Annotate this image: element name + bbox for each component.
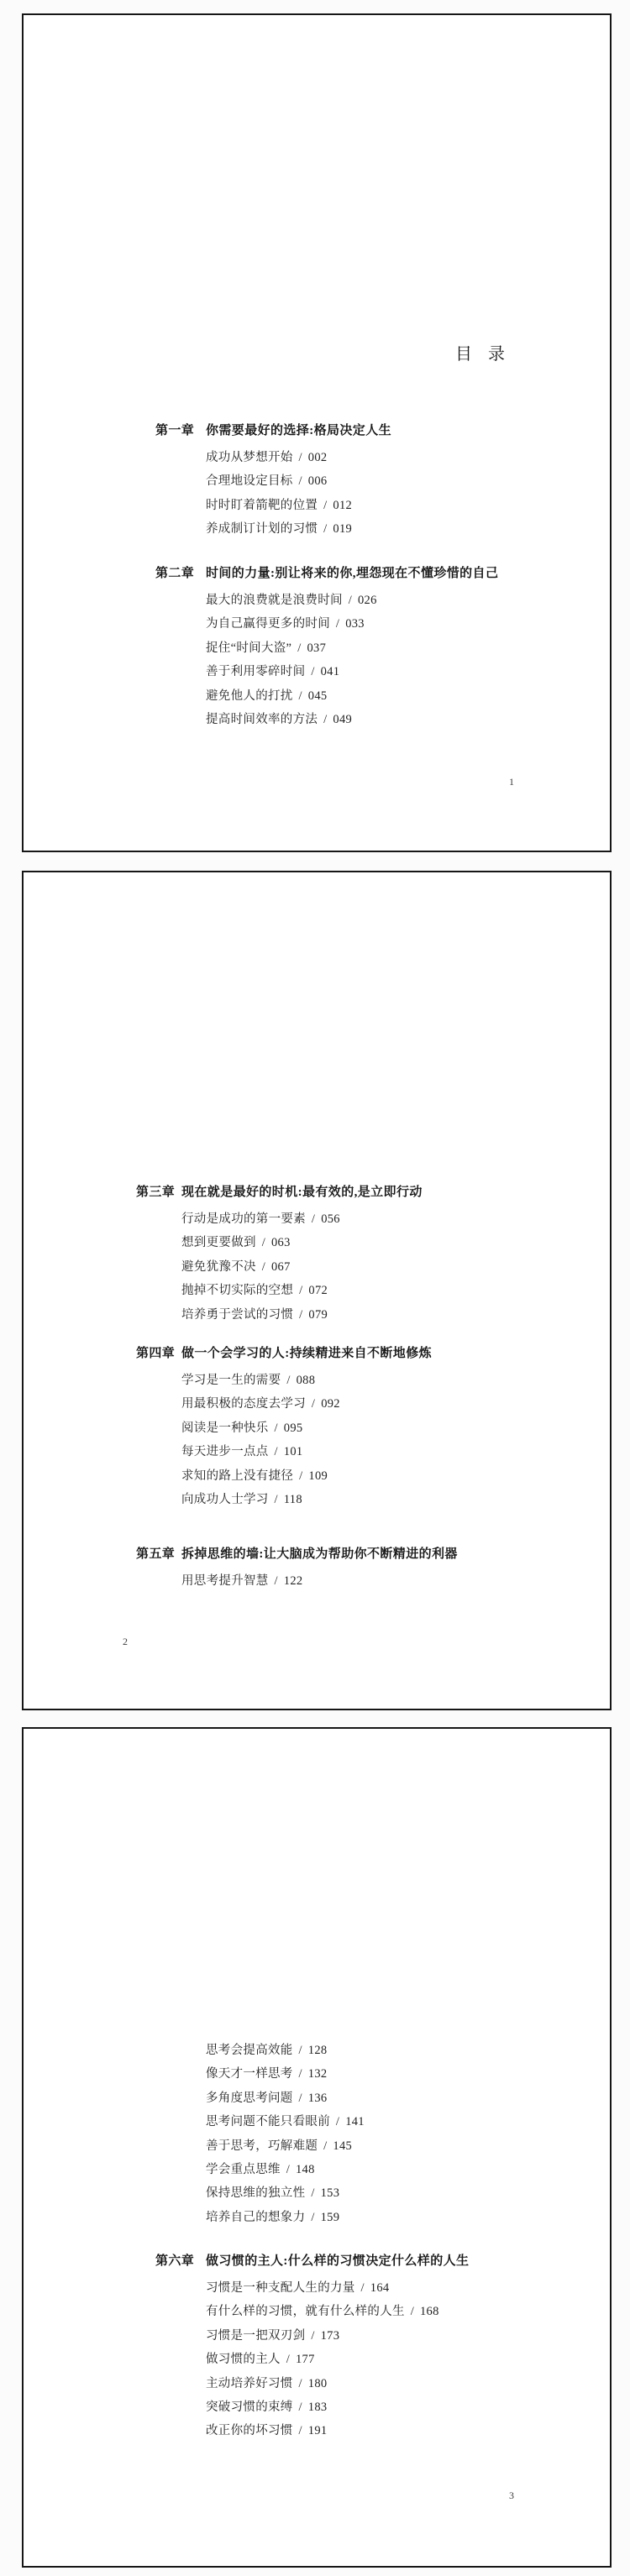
entry-separator: / [293, 2377, 308, 2390]
section-list: 成功从梦想开始 / 002合理地设定目标 / 006时时盯着箭靶的位置 / 01… [206, 446, 391, 542]
toc-entry: 改正你的坏习惯 / 191 [206, 2419, 469, 2442]
entry-title: 成功从梦想开始 [206, 451, 293, 464]
entry-separator: / [306, 1212, 321, 1226]
toc-entry: 为自己赢得更多的时间 / 033 [206, 612, 498, 636]
entry-title: 保持思维的独立性 [206, 2186, 305, 2200]
entry-page-number: 153 [321, 2186, 340, 2200]
entry-title: 养成制订计划的习惯 [206, 522, 318, 536]
entry-page-number: 159 [321, 2211, 340, 2224]
entry-title: 培养自己的想象力 [206, 2211, 305, 2224]
chapter-heading-row: 第四章做一个会学习的人:持续精进来自不断地修炼 [181, 1342, 432, 1365]
entry-page-number: 045 [308, 689, 328, 703]
entry-title: 用思考提升智慧 [181, 1574, 269, 1588]
entry-title: 改正你的坏习惯 [206, 2424, 293, 2437]
entry-title: 有什么样的习惯，就有什么样的人生 [206, 2305, 405, 2318]
entry-title: 向成功人士学习 [181, 1493, 269, 1506]
toc-entry: 善于思考，巧解难题 / 145 [206, 2134, 365, 2158]
chapter-block: 第二章时间的力量:别让将来的你,埋怨现在不懂珍惜的自己最大的浪费就是浪费时间 /… [206, 562, 498, 731]
entry-separator: / [269, 1422, 284, 1435]
entry-page-number: 128 [308, 2044, 328, 2057]
entry-separator: / [293, 1469, 308, 1483]
entry-page-number: 026 [358, 594, 377, 607]
entry-page-number: 177 [296, 2353, 315, 2366]
toc-entry: 向成功人士学习 / 118 [181, 1488, 432, 1511]
entry-separator: / [343, 594, 358, 607]
chapter-block: 第一章你需要最好的选择:格局决定人生成功从梦想开始 / 002合理地设定目标 /… [206, 419, 391, 542]
toc-entry: 提高时间效率的方法 / 049 [206, 708, 498, 731]
entry-page-number: 012 [333, 499, 352, 512]
section-list: 思考会提高效能 / 128像天才一样思考 / 132多角度思考问题 / 136思… [206, 2039, 365, 2229]
entry-title: 提高时间效率的方法 [206, 713, 318, 726]
entry-separator: / [318, 522, 333, 536]
entry-separator: / [293, 2424, 308, 2437]
toc-title: 目 录 [455, 343, 506, 366]
section-list: 行动是成功的第一要素 / 056想到更要做到 / 063避免犹豫不决 / 067… [181, 1207, 423, 1327]
chapter-title: 拆掉思维的墙:让大脑成为帮助你不断精进的利器 [181, 1547, 458, 1561]
chapter-label: 第三章 [136, 1181, 175, 1204]
toc-entry: 抛掉不切实际的空想 / 072 [181, 1279, 423, 1302]
entry-separator: / [318, 713, 333, 726]
section-list: 最大的浪费就是浪费时间 / 026为自己赢得更多的时间 / 033捉住“时间大盗… [206, 589, 498, 731]
chapter-title: 做一个会学习的人:持续精进来自不断地修炼 [181, 1347, 432, 1360]
entry-page-number: 056 [321, 1212, 340, 1226]
chapter-block: 第六章做习惯的主人:什么样的习惯决定什么样的人生习惯是一种支配人生的力量 / 1… [206, 2249, 469, 2443]
toc-entry: 最大的浪费就是浪费时间 / 026 [206, 589, 498, 612]
chapter-label: 第一章 [155, 419, 194, 442]
entry-separator: / [330, 2115, 345, 2128]
entry-separator: / [269, 1493, 284, 1506]
entry-page-number: 088 [297, 1374, 316, 1387]
entry-title: 思考问题不能只看眼前 [206, 2115, 330, 2128]
entry-page-number: 063 [271, 1236, 291, 1249]
entry-page-number: 041 [321, 665, 340, 678]
toc-entry: 行动是成功的第一要素 / 056 [181, 1207, 423, 1231]
chapter-block: 第三章现在就是最好的时机:最有效的,是立即行动行动是成功的第一要素 / 056想… [181, 1181, 423, 1327]
toc-spread: 目 录第一章你需要最好的选择:格局决定人生成功从梦想开始 / 002合理地设定目… [0, 0, 630, 2576]
entry-separator: / [281, 2163, 296, 2176]
toc-entry: 有什么样的习惯，就有什么样的人生 / 168 [206, 2300, 469, 2323]
entry-title: 行动是成功的第一要素 [181, 1212, 306, 1226]
entry-separator: / [355, 2281, 370, 2295]
entry-page-number: 101 [284, 1445, 303, 1458]
entry-separator: / [256, 1236, 271, 1249]
section-list: 用思考提升智慧 / 122 [181, 1569, 458, 1593]
entry-title: 抛掉不切实际的空想 [181, 1284, 293, 1297]
toc-entry: 培养自己的想象力 / 159 [206, 2206, 365, 2229]
entry-title: 突破习惯的束缚 [206, 2401, 293, 2414]
entry-page-number: 118 [284, 1493, 302, 1506]
entry-title: 习惯是一把双刃剑 [206, 2329, 305, 2343]
entry-page-number: 067 [271, 1260, 291, 1274]
entry-title: 为自己赢得更多的时间 [206, 617, 330, 631]
entry-page-number: 180 [308, 2377, 328, 2390]
toc-entry: 每天进步一点点 / 101 [181, 1440, 432, 1463]
toc-entry: 时时盯着箭靶的位置 / 012 [206, 494, 391, 517]
entry-title: 善于思考，巧解难题 [206, 2139, 318, 2153]
toc-entry: 想到更要做到 / 063 [181, 1231, 423, 1254]
entry-page-number: 006 [308, 474, 328, 488]
entry-separator: / [305, 665, 320, 678]
entry-page-number: 109 [308, 1469, 328, 1483]
entry-separator: / [293, 474, 308, 488]
chapter-heading-row: 第一章你需要最好的选择:格局决定人生 [206, 419, 391, 442]
entry-page-number: 092 [321, 1397, 340, 1411]
entry-separator: / [318, 2139, 333, 2153]
toc-entry: 学会重点思维 / 148 [206, 2158, 365, 2181]
toc-entry: 培养勇于尝试的习惯 / 079 [181, 1303, 423, 1327]
chapter-label: 第四章 [136, 1342, 175, 1365]
entry-separator: / [330, 617, 345, 631]
entry-separator: / [256, 1260, 271, 1274]
entry-title: 捉住“时间大盗” [206, 641, 291, 655]
entry-page-number: 173 [321, 2329, 340, 2343]
page-number: 1 [509, 775, 514, 788]
entry-title: 合理地设定目标 [206, 474, 293, 488]
toc-entry: 善于利用零碎时间 / 041 [206, 660, 498, 683]
toc-page-2: 第三章现在就是最好的时机:最有效的,是立即行动行动是成功的第一要素 / 056想… [22, 871, 612, 1710]
entry-page-number: 079 [308, 1308, 328, 1322]
entry-separator: / [293, 2092, 308, 2105]
entry-page-number: 191 [308, 2424, 328, 2437]
entry-separator: / [318, 499, 333, 512]
toc-entry: 成功从梦想开始 / 002 [206, 446, 391, 469]
entry-page-number: 033 [345, 617, 365, 631]
toc-entry: 突破习惯的束缚 / 183 [206, 2395, 469, 2419]
entry-separator: / [305, 2329, 320, 2343]
toc-entry: 习惯是一种支配人生的力量 / 164 [206, 2276, 469, 2300]
entry-page-number: 148 [296, 2163, 315, 2176]
entry-title: 多角度思考问题 [206, 2092, 293, 2105]
toc-entry: 保持思维的独立性 / 153 [206, 2181, 365, 2205]
entry-title: 学会重点思维 [206, 2163, 281, 2176]
entry-page-number: 164 [370, 2281, 390, 2295]
entry-title: 做习惯的主人 [206, 2353, 281, 2366]
entry-title: 每天进步一点点 [181, 1445, 269, 1458]
chapter-heading-row: 第二章时间的力量:别让将来的你,埋怨现在不懂珍惜的自己 [206, 562, 498, 585]
section-list: 习惯是一种支配人生的力量 / 164有什么样的习惯，就有什么样的人生 / 168… [206, 2276, 469, 2443]
toc-entry: 用思考提升智慧 / 122 [181, 1569, 458, 1593]
toc-entry: 合理地设定目标 / 006 [206, 469, 391, 493]
entry-page-number: 145 [333, 2139, 352, 2153]
entry-separator: / [293, 2067, 308, 2081]
toc-entry: 多角度思考问题 / 136 [206, 2086, 365, 2110]
toc-entry: 用最积极的态度去学习 / 092 [181, 1392, 432, 1416]
toc-entry: 捉住“时间大盗” / 037 [206, 636, 498, 660]
toc-entry: 思考会提高效能 / 128 [206, 2039, 365, 2062]
toc-entry: 习惯是一把双刃剑 / 173 [206, 2324, 469, 2348]
entry-title: 避免犹豫不决 [181, 1260, 256, 1274]
toc-entry: 避免犹豫不决 / 067 [181, 1255, 423, 1279]
entry-title: 想到更要做到 [181, 1236, 256, 1249]
chapter-heading-row: 第三章现在就是最好的时机:最有效的,是立即行动 [181, 1181, 423, 1204]
entry-page-number: 136 [308, 2092, 328, 2105]
toc-entry: 学习是一生的需要 / 088 [181, 1369, 432, 1392]
entry-page-number: 141 [345, 2115, 365, 2128]
page-number: 3 [509, 2489, 514, 2502]
chapter-label: 第六章 [155, 2249, 194, 2273]
entry-separator: / [281, 2353, 296, 2366]
toc-entry: 做习惯的主人 / 177 [206, 2348, 469, 2371]
entry-title: 避免他人的打扰 [206, 689, 293, 703]
chapter-block: 第五章拆掉思维的墙:让大脑成为帮助你不断精进的利器用思考提升智慧 / 122 [181, 1542, 458, 1593]
chapter-title: 现在就是最好的时机:最有效的,是立即行动 [181, 1186, 423, 1199]
entry-separator: / [305, 2211, 320, 2224]
toc-entry: 避免他人的打扰 / 045 [206, 684, 498, 708]
chapter-continuation-block: 思考会提高效能 / 128像天才一样思考 / 132多角度思考问题 / 136思… [206, 2039, 365, 2229]
entry-page-number: 095 [284, 1422, 303, 1435]
toc-entry: 主动培养好习惯 / 180 [206, 2372, 469, 2395]
entry-title: 学习是一生的需要 [181, 1374, 281, 1387]
entry-separator: / [293, 2401, 308, 2414]
entry-separator: / [281, 1374, 296, 1387]
entry-page-number: 168 [420, 2305, 439, 2318]
entry-separator: / [293, 2044, 308, 2057]
entry-separator: / [291, 641, 307, 655]
entry-separator: / [305, 2186, 320, 2200]
toc-entry: 求知的路上没有捷径 / 109 [181, 1464, 432, 1488]
entry-separator: / [269, 1574, 284, 1588]
entry-page-number: 049 [333, 713, 352, 726]
toc-entry: 阅读是一种快乐 / 095 [181, 1416, 432, 1440]
entry-title: 像天才一样思考 [206, 2067, 293, 2081]
entry-title: 主动培养好习惯 [206, 2377, 293, 2390]
entry-separator: / [269, 1445, 284, 1458]
entry-page-number: 019 [333, 522, 352, 536]
entry-page-number: 037 [307, 641, 326, 655]
entry-separator: / [306, 1397, 321, 1411]
entry-page-number: 002 [308, 451, 328, 464]
entry-page-number: 132 [308, 2067, 328, 2081]
entry-page-number: 072 [308, 1284, 328, 1297]
entry-separator: / [293, 451, 308, 464]
entry-title: 用最积极的态度去学习 [181, 1397, 306, 1411]
chapter-label: 第五章 [136, 1542, 175, 1566]
entry-title: 阅读是一种快乐 [181, 1422, 269, 1435]
chapter-heading-row: 第六章做习惯的主人:什么样的习惯决定什么样的人生 [206, 2249, 469, 2273]
entry-separator: / [293, 1284, 308, 1297]
section-list: 学习是一生的需要 / 088用最积极的态度去学习 / 092阅读是一种快乐 / … [181, 1369, 432, 1511]
entry-title: 思考会提高效能 [206, 2044, 293, 2057]
entry-page-number: 122 [284, 1574, 303, 1588]
entry-title: 求知的路上没有捷径 [181, 1469, 293, 1483]
toc-entry: 像天才一样思考 / 132 [206, 2062, 365, 2086]
toc-entry: 思考问题不能只看眼前 / 141 [206, 2110, 365, 2134]
entry-page-number: 183 [308, 2401, 328, 2414]
entry-separator: / [293, 689, 308, 703]
chapter-heading-row: 第五章拆掉思维的墙:让大脑成为帮助你不断精进的利器 [181, 1542, 458, 1566]
entry-title: 最大的浪费就是浪费时间 [206, 594, 343, 607]
entry-separator: / [405, 2305, 420, 2318]
chapter-title: 做习惯的主人:什么样的习惯决定什么样的人生 [206, 2254, 469, 2268]
entry-title: 培养勇于尝试的习惯 [181, 1308, 293, 1322]
page-number: 2 [123, 1635, 128, 1648]
entry-separator: / [293, 1308, 308, 1322]
chapter-title: 你需要最好的选择:格局决定人生 [206, 424, 391, 437]
toc-page-1: 目 录第一章你需要最好的选择:格局决定人生成功从梦想开始 / 002合理地设定目… [22, 13, 612, 852]
entry-title: 善于利用零碎时间 [206, 665, 305, 678]
toc-entry: 养成制订计划的习惯 / 019 [206, 517, 391, 541]
entry-title: 习惯是一种支配人生的力量 [206, 2281, 355, 2295]
toc-page-3: 思考会提高效能 / 128像天才一样思考 / 132多角度思考问题 / 136思… [22, 1727, 612, 2568]
entry-title: 时时盯着箭靶的位置 [206, 499, 318, 512]
chapter-title: 时间的力量:别让将来的你,埋怨现在不懂珍惜的自己 [206, 567, 498, 580]
chapter-block: 第四章做一个会学习的人:持续精进来自不断地修炼学习是一生的需要 / 088用最积… [181, 1342, 432, 1511]
chapter-label: 第二章 [155, 562, 194, 585]
